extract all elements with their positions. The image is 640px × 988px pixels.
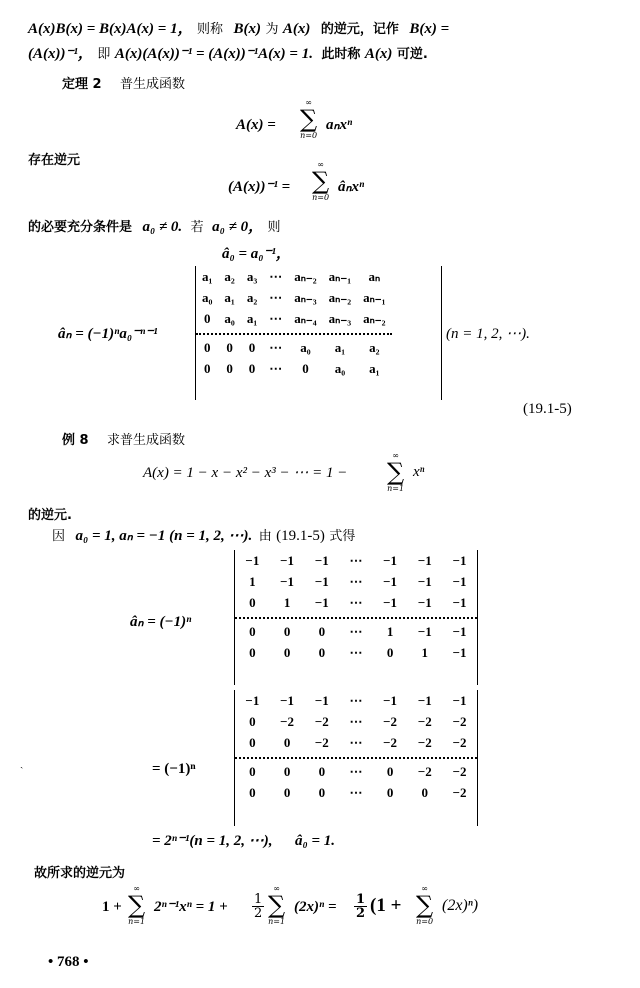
text-exists-inverse: 存在逆元 <box>28 153 80 167</box>
matrix-cell: ⋯ <box>339 761 373 782</box>
matrix-cell: ⋯ <box>339 621 373 642</box>
matrix-row: 000⋯0a₀a₁ <box>196 358 392 379</box>
matrix-cell: 0 <box>218 358 240 379</box>
page-number-text: • 768 • <box>48 954 89 970</box>
result-line: = 2ⁿ⁻¹(n = 1, 2, ⋯), â₀ = 1. <box>152 834 335 849</box>
matrix-row: 000⋯00−2 <box>235 782 477 803</box>
summation: ∞ ∑ n=0 <box>300 98 317 140</box>
matrix-cell: ⋯ <box>263 287 288 308</box>
theorem-label: 定理 2 <box>62 77 102 92</box>
matrix-row: 1−1−1⋯−1−1−1 <box>235 571 477 592</box>
matrix-ellipsis-row <box>235 753 477 761</box>
math-expression: xⁿ <box>413 465 424 480</box>
determinant-example-1: −1−1−1⋯−1−1−1 1−1−1⋯−1−1−1 01−1⋯−1−1−1 0… <box>234 550 478 685</box>
math-expression: 1 + <box>102 900 122 915</box>
text: 为 <box>265 22 278 37</box>
text: 由 <box>259 529 272 544</box>
text: 存在逆元 <box>28 153 80 168</box>
sum-lower: n=1 <box>128 917 145 926</box>
matrix-cell: aₙ₋₁ <box>357 287 391 308</box>
matrix-row: 0−2−2⋯−2−2−2 <box>235 711 477 732</box>
text: 因 <box>52 529 65 544</box>
sigma-icon: ∑ <box>387 460 404 484</box>
sigma-icon: ∑ <box>312 169 329 193</box>
matrix-cell: 0 <box>304 782 339 803</box>
sum-lower: n=0 <box>416 917 433 926</box>
text: 故所求的逆元为 <box>34 866 125 881</box>
det2-lhs: = (−1)ⁿ <box>152 762 196 777</box>
matrix-cell: 0 <box>235 732 270 753</box>
matrix-cell: ⋯ <box>339 642 373 663</box>
text: 的必要充分条件是 <box>28 220 132 235</box>
matrix-cell: 0 <box>270 761 305 782</box>
summation: ∞ ∑ n=1 <box>128 884 145 926</box>
math-expression: â₀ = a₀⁻¹， <box>222 246 291 262</box>
theorem-title: 普生成函数 <box>120 77 185 92</box>
matrix-cell: a₀ <box>218 308 240 329</box>
sigma-icon: ∑ <box>128 893 145 917</box>
sum-lower: n=1 <box>268 917 285 926</box>
condition-line: 的必要充分条件是 a₀ ≠ 0. 若 a₀ ≠ 0， 则 <box>28 220 281 235</box>
math-expression: (A(x))⁻¹， <box>28 46 93 62</box>
summation: ∞ ∑ n=1 <box>268 884 285 926</box>
matrix-cell: −1 <box>270 690 305 711</box>
matrix-cell: −2 <box>373 711 408 732</box>
matrix-cell: 0 <box>270 782 305 803</box>
matrix-cell: a₂ <box>241 287 263 308</box>
matrix-cell: aₙ₋₂ <box>323 287 357 308</box>
matrix-cell: −2 <box>442 711 477 732</box>
matrix-cell: 0 <box>270 642 305 663</box>
math-expression: aₙxⁿ <box>326 118 352 133</box>
math-expression: A(x)B(x) = B(x)A(x) = 1， <box>28 21 193 37</box>
matrix-row: a₁a₂a₃⋯aₙ₋₂aₙ₋₁aₙ <box>196 266 392 287</box>
numerator: 1 <box>354 893 367 907</box>
equation-number: (19.1-5) <box>523 402 572 417</box>
summation: ∞ ∑ n=1 <box>387 451 404 493</box>
matrix-cell: a₀ <box>323 358 357 379</box>
matrix-cell: a₁ <box>241 308 263 329</box>
text: 式得 <box>329 529 355 544</box>
matrix-cell: ⋯ <box>339 571 373 592</box>
because-line: 因 a₀ = 1, aₙ = −1 (n = 1, 2, ⋯). 由 (19.1… <box>52 529 355 544</box>
matrix-cell: ⋯ <box>263 266 288 287</box>
matrix-cell: −2 <box>442 732 477 753</box>
scan-artifact: ˎ <box>20 758 23 769</box>
matrix-cell: 0 <box>235 621 270 642</box>
matrix-cell: −1 <box>304 592 339 613</box>
math-expression: = 2ⁿ⁻¹(n = 1, 2, ⋯), <box>152 833 273 849</box>
matrix-cell: ⋯ <box>263 358 288 379</box>
theorem-heading: 定理 2 普生成函数 <box>62 77 185 91</box>
stray-mark: ˎ <box>20 755 23 769</box>
matrix-cell: −1 <box>235 550 270 571</box>
denominator: 2 <box>252 907 264 920</box>
matrix-cell: −1 <box>407 571 442 592</box>
matrix-cell: a₁ <box>357 358 391 379</box>
matrix-cell: −2 <box>407 732 442 753</box>
matrix-row: 000⋯a₀a₁a₂ <box>196 337 392 358</box>
matrix-row: 000⋯1−1−1 <box>235 621 477 642</box>
matrix-row: 000⋯01−1 <box>235 642 477 663</box>
matrix-cell: 0 <box>270 732 305 753</box>
example-heading: 例 8 求普生成函数 <box>62 433 185 447</box>
math-expression: a₀ ≠ 0. <box>142 219 182 235</box>
matrix-cell: −2 <box>270 711 305 732</box>
math-expression: (2x)ⁿ = <box>294 900 337 915</box>
text: 的逆元. <box>28 508 72 523</box>
sum-lower: n=0 <box>300 131 317 140</box>
matrix-cell: ⋯ <box>339 782 373 803</box>
fraction: 1 2 <box>252 893 264 920</box>
matrix-row: −1−1−1⋯−1−1−1 <box>235 690 477 711</box>
matrix-cell: ⋯ <box>263 308 288 329</box>
math-expression: a₀ = 1, aₙ = −1 (n = 1, 2, ⋯). <box>75 528 252 544</box>
math-expression: a₀ ≠ 0， <box>212 219 263 235</box>
matrix-cell: 0 <box>373 761 408 782</box>
matrix-cell: 0 <box>196 308 218 329</box>
text: 可逆. <box>397 47 428 62</box>
matrix-cell: −1 <box>442 571 477 592</box>
matrix-cell: a₀ <box>288 337 322 358</box>
sigma-icon: ∑ <box>268 893 285 917</box>
math-expression: A(x) = <box>236 118 276 133</box>
an-hat-lhs: âₙ = (−1)ⁿa₀⁻ⁿ⁻¹ <box>58 327 158 342</box>
math-expression: (A(x))⁻¹ = <box>228 180 290 195</box>
matrix-cell: −1 <box>407 550 442 571</box>
matrix-row: 000⋯0−2−2 <box>235 761 477 782</box>
determinant-general: a₁a₂a₃⋯aₙ₋₂aₙ₋₁aₙ a₀a₁a₂⋯aₙ₋₃aₙ₋₂aₙ₋₁ 0a… <box>195 266 442 400</box>
denominator: 2 <box>354 907 367 920</box>
dotted-divider <box>235 757 477 759</box>
matrix-cell: −1 <box>304 550 339 571</box>
matrix-row: −1−1−1⋯−1−1−1 <box>235 550 477 571</box>
math-expression: âₙ = (−1)ⁿ <box>130 614 191 630</box>
conclusion-text: 故所求的逆元为 <box>34 866 125 880</box>
an-range: (n = 1, 2, ⋯). <box>446 327 530 342</box>
matrix-cell: ⋯ <box>339 592 373 613</box>
math-expression: âₙxⁿ <box>338 180 364 195</box>
matrix-cell: 0 <box>235 711 270 732</box>
example-title: 求普生成函数 <box>107 433 185 448</box>
a0-hat-equation: â₀ = a₀⁻¹， <box>222 247 291 262</box>
equation-reference: (19.1-5) <box>276 528 325 544</box>
math-expression: (2x)ⁿ) <box>442 898 478 914</box>
matrix-cell: 0 <box>270 621 305 642</box>
matrix-cell: ⋯ <box>339 690 373 711</box>
matrix-cell: 0 <box>241 358 263 379</box>
text-inverse: 的逆元. <box>28 508 72 522</box>
fraction: 1 2 <box>354 893 367 920</box>
matrix-cell: 0 <box>235 782 270 803</box>
matrix-cell: −1 <box>373 592 408 613</box>
matrix-cell: 1 <box>235 571 270 592</box>
matrix-cell: −1 <box>270 571 305 592</box>
sum-lower: n=1 <box>387 484 404 493</box>
matrix-cell: a₁ <box>218 287 240 308</box>
matrix-cell: aₙ₋₁ <box>323 266 357 287</box>
matrix-cell: ⋯ <box>263 337 288 358</box>
math-expression: = (−1)ⁿ <box>152 761 196 777</box>
matrix-cell: 0 <box>235 761 270 782</box>
para1-line1: A(x)B(x) = B(x)A(x) = 1， 则称 B(x) 为 A(x) … <box>28 22 449 37</box>
matrix-cell: a₃ <box>241 266 263 287</box>
matrix-cell: a₂ <box>218 266 240 287</box>
matrix-cell: 0 <box>288 358 322 379</box>
determinant-table: a₁a₂a₃⋯aₙ₋₂aₙ₋₁aₙ a₀a₁a₂⋯aₙ₋₃aₙ₋₂aₙ₋₁ 0a… <box>196 266 392 379</box>
matrix-cell: −2 <box>407 761 442 782</box>
matrix-row: a₀a₁a₂⋯aₙ₋₃aₙ₋₂aₙ₋₁ <box>196 287 392 308</box>
matrix-cell: 0 <box>218 337 240 358</box>
matrix-cell: −1 <box>442 621 477 642</box>
math-expression: A(x) = 1 − x − x² − x³ − ⋯ = 1 − <box>143 466 347 481</box>
math-expression: A(x) <box>283 21 311 37</box>
matrix-cell: 0 <box>196 358 218 379</box>
text: 则称 <box>197 22 223 37</box>
equation-label: (19.1-5) <box>523 401 572 417</box>
matrix-cell: 1 <box>270 592 305 613</box>
matrix-cell: a₁ <box>323 337 357 358</box>
matrix-cell: 0 <box>235 592 270 613</box>
matrix-row: 00−2⋯−2−2−2 <box>235 732 477 753</box>
text: 此时称 <box>321 47 360 62</box>
matrix-cell: ⋯ <box>339 550 373 571</box>
math-expression: B(x) <box>234 21 262 37</box>
math-expression: B(x) = <box>409 21 449 37</box>
matrix-cell: aₙ <box>357 266 391 287</box>
matrix-cell: −1 <box>407 621 442 642</box>
det1-lhs: âₙ = (−1)ⁿ <box>130 615 191 630</box>
matrix-cell: −1 <box>373 571 408 592</box>
determinant-table: −1−1−1⋯−1−1−1 0−2−2⋯−2−2−2 00−2⋯−2−2−2 0… <box>235 690 477 803</box>
matrix-cell: aₙ₋₂ <box>357 308 391 329</box>
para1-line2: (A(x))⁻¹， 即 A(x)(A(x))⁻¹ = (A(x))⁻¹A(x) … <box>28 47 428 62</box>
matrix-ellipsis-row <box>196 329 392 337</box>
matrix-cell: −2 <box>373 732 408 753</box>
numerator: 1 <box>252 893 264 907</box>
matrix-cell: aₙ₋₂ <box>288 266 322 287</box>
matrix-cell: 0 <box>196 337 218 358</box>
matrix-cell: −2 <box>442 782 477 803</box>
matrix-cell: a₀ <box>196 287 218 308</box>
math-expression: (n = 1, 2, ⋯). <box>446 326 530 342</box>
math-expression: âₙ = (−1)ⁿa₀⁻ⁿ⁻¹ <box>58 326 158 342</box>
matrix-cell: 0 <box>304 761 339 782</box>
math-expression: 2ⁿ⁻¹xⁿ = 1 + <box>154 900 228 915</box>
text: 则 <box>268 220 281 235</box>
matrix-cell: −1 <box>304 690 339 711</box>
matrix-cell: −1 <box>304 571 339 592</box>
summation: ∞ ∑ n=0 <box>312 160 329 202</box>
matrix-cell: −1 <box>442 690 477 711</box>
text: 的逆元，记作 <box>321 22 399 37</box>
example-label: 例 8 <box>62 433 89 448</box>
matrix-cell: ⋯ <box>339 732 373 753</box>
matrix-cell: 0 <box>235 642 270 663</box>
matrix-cell: 1 <box>373 621 408 642</box>
matrix-cell: 1 <box>407 642 442 663</box>
matrix-row: 0a₀a₁⋯aₙ₋₄aₙ₋₃aₙ₋₂ <box>196 308 392 329</box>
summation: ∞ ∑ n=0 <box>416 884 433 926</box>
sigma-icon: ∑ <box>416 893 433 917</box>
matrix-cell: −1 <box>407 592 442 613</box>
matrix-cell: −1 <box>235 690 270 711</box>
matrix-cell: −2 <box>407 711 442 732</box>
matrix-cell: 0 <box>373 782 408 803</box>
dotted-divider <box>196 333 392 335</box>
text: 若 <box>191 220 204 235</box>
matrix-cell: −1 <box>270 550 305 571</box>
matrix-cell: 0 <box>407 782 442 803</box>
matrix-cell: aₙ₋₃ <box>323 308 357 329</box>
matrix-row: 01−1⋯−1−1−1 <box>235 592 477 613</box>
determinant-table: −1−1−1⋯−1−1−1 1−1−1⋯−1−1−1 01−1⋯−1−1−1 0… <box>235 550 477 663</box>
matrix-cell: 0 <box>304 642 339 663</box>
sum-lower: n=0 <box>312 193 329 202</box>
matrix-cell: 0 <box>241 337 263 358</box>
final-formula: 1 + ∞ ∑ n=1 2ⁿ⁻¹xⁿ = 1 + 1 2 ∞ ∑ n=1 (2x… <box>102 888 542 928</box>
page-number: • 768 • <box>48 955 89 970</box>
matrix-cell: −2 <box>442 761 477 782</box>
sigma-icon: ∑ <box>300 107 317 131</box>
matrix-cell: aₙ₋₄ <box>288 308 322 329</box>
math-expression: (1 + <box>370 896 401 915</box>
matrix-cell: −1 <box>407 690 442 711</box>
text: 即 <box>97 47 110 62</box>
matrix-cell: −1 <box>442 592 477 613</box>
matrix-cell: −1 <box>442 642 477 663</box>
math-expression: A(x) <box>365 46 393 62</box>
matrix-ellipsis-row <box>235 613 477 621</box>
matrix-cell: −2 <box>304 711 339 732</box>
matrix-cell: −1 <box>373 550 408 571</box>
math-expression: â₀ = 1. <box>295 833 335 849</box>
matrix-cell: a₁ <box>196 266 218 287</box>
dotted-divider <box>235 617 477 619</box>
matrix-cell: −1 <box>442 550 477 571</box>
matrix-cell: a₂ <box>357 337 391 358</box>
matrix-cell: −1 <box>373 690 408 711</box>
matrix-cell: aₙ₋₃ <box>288 287 322 308</box>
matrix-cell: 0 <box>304 621 339 642</box>
matrix-cell: −2 <box>304 732 339 753</box>
math-expression: A(x)(A(x))⁻¹ = (A(x))⁻¹A(x) = 1. <box>115 46 313 62</box>
matrix-cell: ⋯ <box>339 711 373 732</box>
matrix-cell: 0 <box>373 642 408 663</box>
determinant-example-2: −1−1−1⋯−1−1−1 0−2−2⋯−2−2−2 00−2⋯−2−2−2 0… <box>234 690 478 826</box>
